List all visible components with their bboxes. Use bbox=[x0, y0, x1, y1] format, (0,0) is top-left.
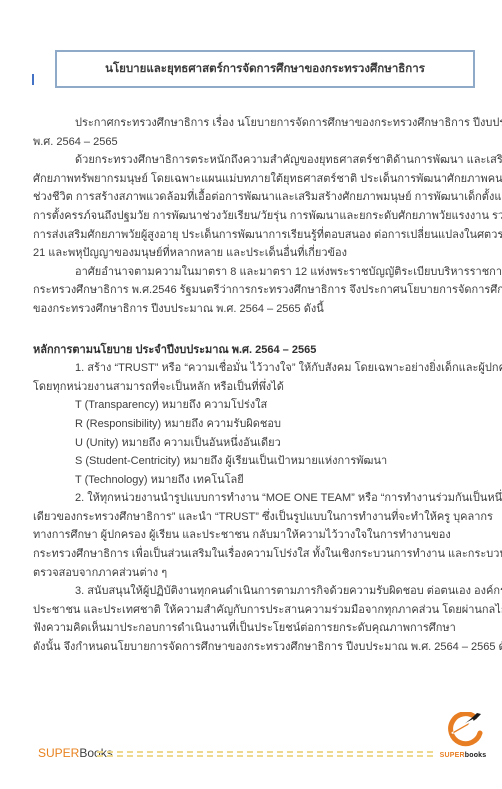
text-line: ดังนั้น จึงกำหนดนโยบายการจัดการศึกษาของก… bbox=[33, 638, 474, 657]
text-line: ประกาศกระทรวงศึกษาธิการ เรื่อง นโยบายการ… bbox=[33, 114, 474, 133]
text-line: U (Unity) หมายถึง ความเป็นอันหนึ่งอันเดี… bbox=[33, 434, 474, 453]
text-line: 2. ให้ทุกหน่วยงานนำรูปแบบการทำงาน “MOE O… bbox=[33, 489, 474, 508]
text-line: ประชาชน และประเทศชาติ ให้ความสำคัญกับการ… bbox=[33, 601, 474, 620]
text-line: ทางการศึกษา ผู้ปกครอง ผู้เรียน และประชาช… bbox=[33, 526, 474, 545]
section-heading-line: หลักการตามนโยบาย ประจำปีงบประมาณ พ.ศ. 25… bbox=[33, 341, 474, 360]
text-line: ช่วงชีวิต การสร้างสภาพแวดล้อมที่เอื้อต่อ… bbox=[33, 188, 474, 207]
title-banner: นโยบายและยุทธศาสตร์การจัดการศึกษาของกระท… bbox=[55, 50, 475, 88]
text-line: ศักยภาพทรัพยากรมนุษย์ โดยเฉพาะแผนแม่บทภา… bbox=[33, 170, 474, 189]
logo-wordmark: SUPERbooks bbox=[434, 752, 492, 759]
superbooks-logo: SUPERbooks bbox=[434, 712, 492, 764]
text-line: 3. สนับสนุนให้ผู้ปฏิบัติงานทุกคนดำเนินกา… bbox=[33, 582, 474, 601]
document-page: นโยบายและยุทธศาสตร์การจัดการศึกษาของกระท… bbox=[0, 0, 502, 789]
text-line: T (Transparency) หมายถึง ความโปร่งใส bbox=[33, 396, 474, 415]
text-line: โดยทุกหน่วยงานสามารถที่จะเป็นหลัก หรือเป… bbox=[33, 378, 474, 397]
text-line: ฟังความคิดเห็นมาประกอบการดำเนินงานที่เป็… bbox=[33, 619, 474, 638]
footer-dashed-divider bbox=[97, 751, 433, 757]
text-line: กระทรวงศึกษาธิการ เพื่อเป็นส่วนเสริมในเร… bbox=[33, 545, 474, 564]
text-line: R (Responsibility) หมายถึง ความรับผิดชอบ bbox=[33, 415, 474, 434]
text-line: ตรวจสอบจากภาคส่วนต่าง ๆ bbox=[33, 564, 474, 583]
text-line: พ.ศ. 2564 – 2565 bbox=[33, 133, 474, 152]
page-title: นโยบายและยุทธศาสตร์การจัดการศึกษาของกระท… bbox=[105, 60, 425, 78]
text-line: ของกระทรวงศึกษาธิการ ปีงบประมาณ พ.ศ. 256… bbox=[33, 300, 474, 319]
text-line: การส่งเสริมศักยภาพวัยผู้สูงอายุ ประเด็นก… bbox=[33, 226, 474, 245]
text-cursor-mark bbox=[32, 74, 34, 85]
text-line: T (Technology) หมายถึง เทคโนโลยี bbox=[33, 471, 474, 490]
text-line: อาศัยอำนาจตามความในมาตรา 8 และมาตรา 12 แ… bbox=[33, 263, 474, 282]
text-line: เดียวของกระทรวงศึกษาธิการ” และนำ “TRUST”… bbox=[33, 508, 474, 527]
text-line: ด้วยกระทรวงศึกษาธิการตระหนักถึงความสำคัญ… bbox=[33, 151, 474, 170]
text-line: การตั้งครรภ์จนถึงปฐมวัย การพัฒนาช่วงวัยเ… bbox=[33, 207, 474, 226]
logo-wordmark-super: SUPER bbox=[440, 752, 465, 759]
text-line: 21 และพหุปัญญาของมนุษย์ที่หลากหลาย และปร… bbox=[33, 244, 474, 263]
page-footer: SUPERBooks SUPERbooks bbox=[0, 738, 502, 778]
swoosh-logo-icon bbox=[441, 712, 485, 754]
footer-brand-super: SUPER bbox=[38, 746, 79, 760]
text-line: กระทรวงศึกษาธิการ พ.ศ.2546 รัฐมนตรีว่ากา… bbox=[33, 281, 474, 300]
text-line: S (Student-Centricity) หมายถึง ผู้เรียนเ… bbox=[33, 452, 474, 471]
text-line: 1. สร้าง “TRUST” หรือ “ความเชื่อมั่น ไว้… bbox=[33, 359, 474, 378]
logo-wordmark-books: books bbox=[465, 752, 487, 759]
document-body: ประกาศกระทรวงศึกษาธิการ เรื่อง นโยบายการ… bbox=[33, 114, 474, 657]
